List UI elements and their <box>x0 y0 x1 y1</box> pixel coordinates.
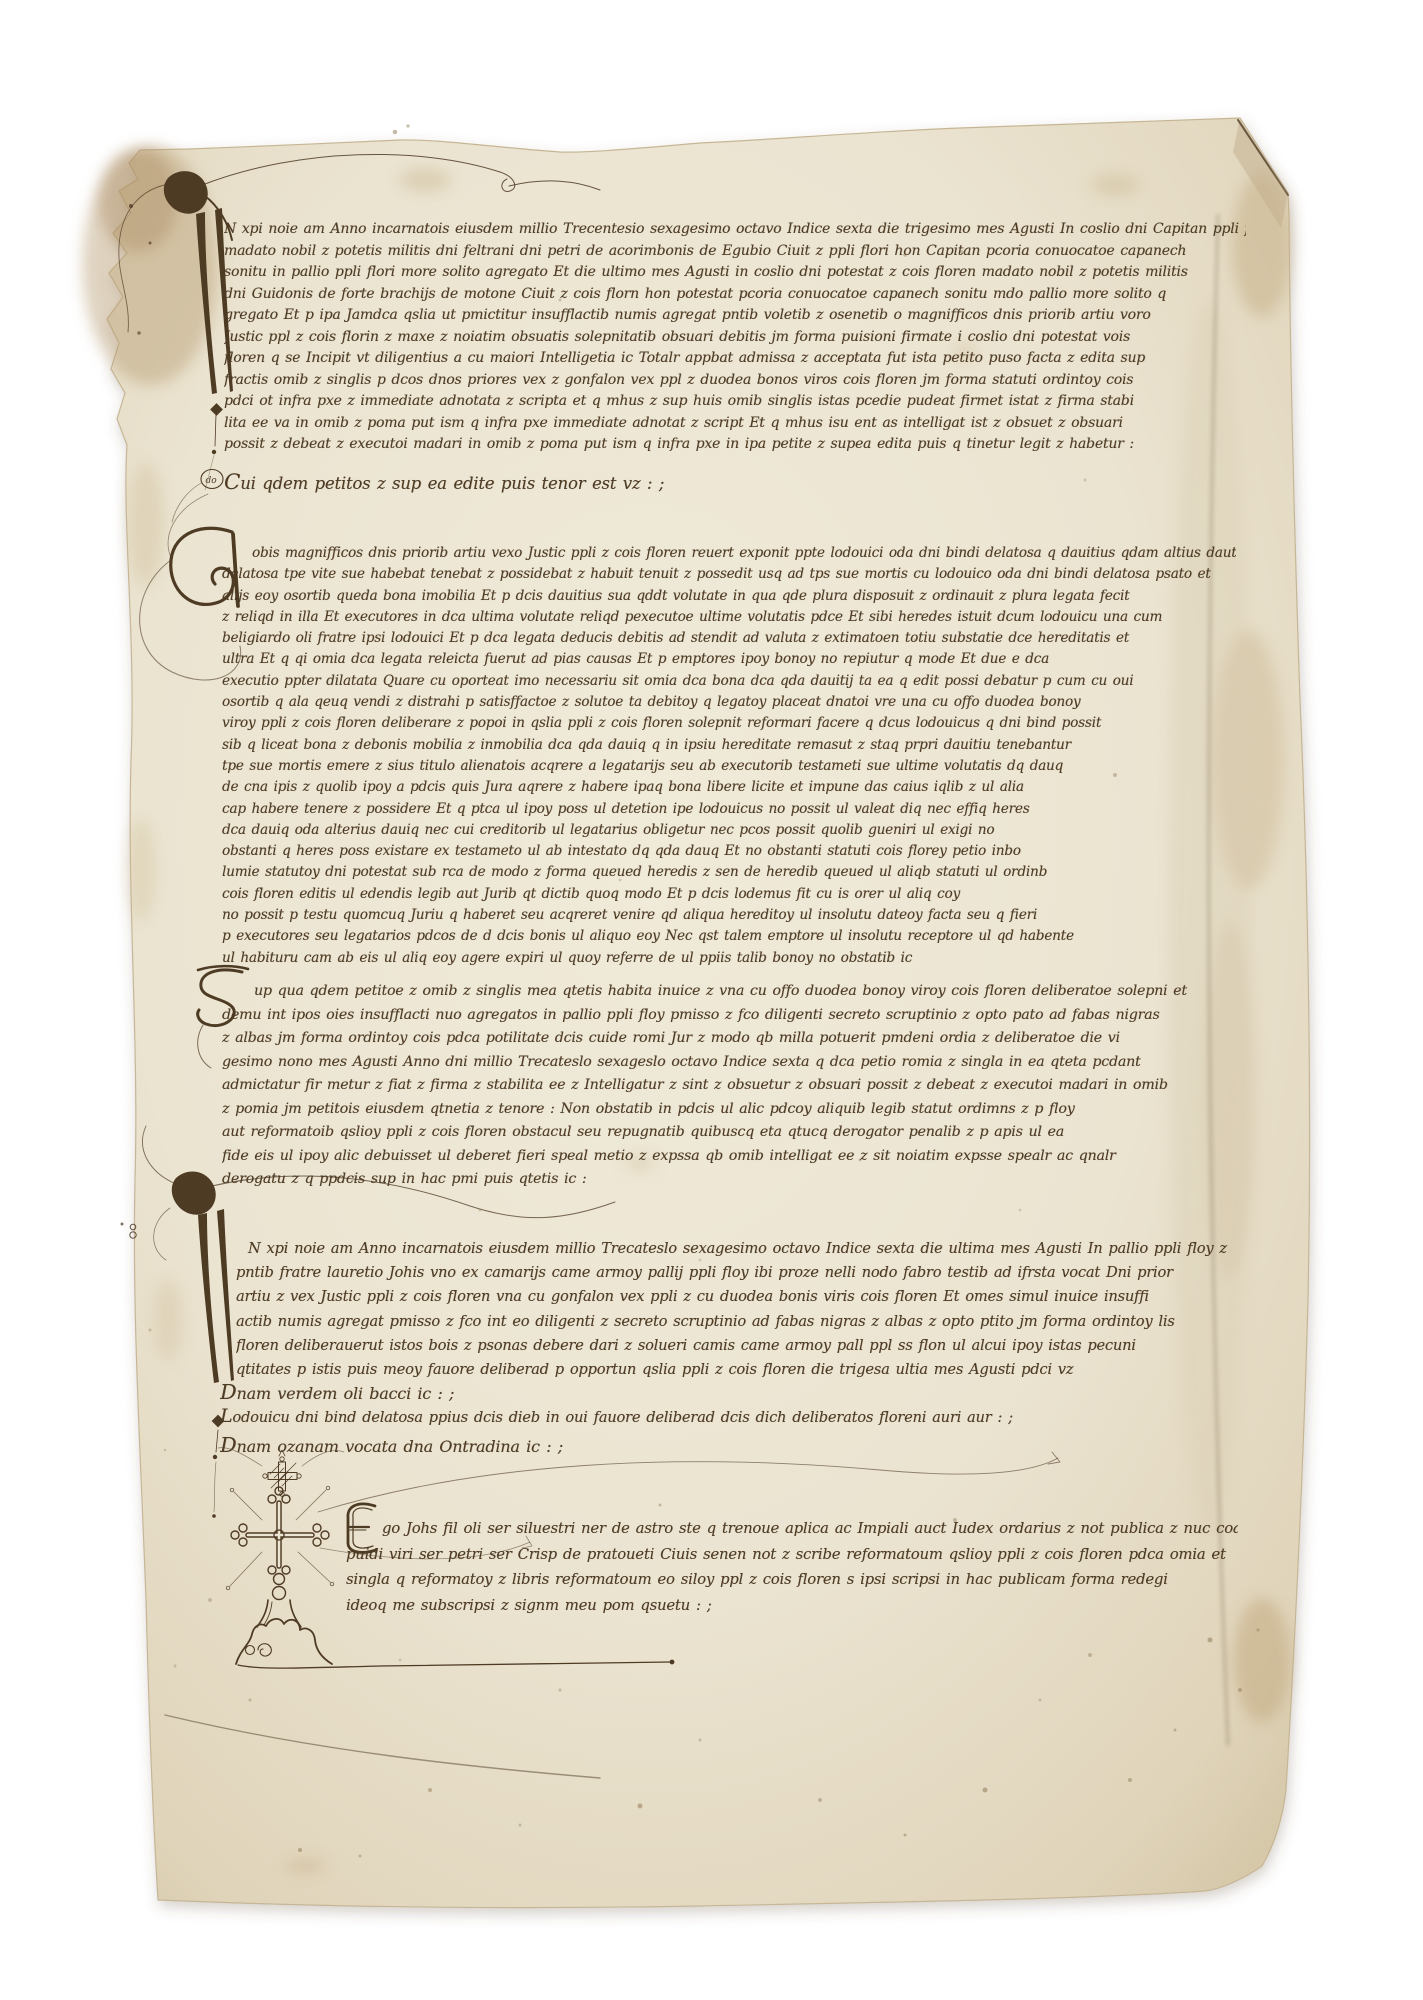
manuscript-text-line: lita ee va in omib z poma put ism q infr… <box>224 413 1246 435</box>
manuscript-text-line: pntib fratre lauretio Johis vno ex camar… <box>236 1261 1238 1285</box>
manuscript-text-line: dni Guidonis de forte brachijs de motone… <box>224 284 1246 306</box>
manuscript-text-line: sib q liceat bona z debonis mobilia z in… <box>222 735 1236 756</box>
manuscript-text-line: gesimo nono mes Agusti Anno dni millio T… <box>222 1051 1238 1075</box>
paragraph-session: N xpi noie am Anno incarnatois eiusdem m… <box>236 1237 1238 1383</box>
manuscript-text-line: madato nobil z potetis militis dni feltr… <box>224 241 1246 263</box>
manuscript-text-line: gregato Et p ipa Jamdca qslia ut pmictit… <box>224 305 1246 327</box>
manuscript-text-line: cap habere tenere z possidere Et q ptca … <box>222 799 1236 820</box>
grant-line-lodovicu: Lodouicu dni bind delatosa ppius dcis di… <box>220 1405 1236 1429</box>
paragraph-notary: go Johs fil oli ser siluestri ner de ast… <box>346 1516 1238 1620</box>
manuscript-text-line: aut reformatoib qslioy ppli z cois flore… <box>222 1121 1238 1145</box>
manuscript-photo: do <box>0 0 1423 2000</box>
manuscript-text-line: delatosa tpe vite sue habebat tenebat z … <box>222 564 1236 585</box>
manuscript-text-line: no possit p testu quomcuq Juriu q habere… <box>222 905 1236 926</box>
manuscript-text-line: de cna ipis z quolib ipoy a pdcis quis J… <box>222 777 1236 798</box>
manuscript-text-line: N xpi noie am Anno incarnatois eiusdem m… <box>236 1237 1238 1261</box>
manuscript-text-line: fractis omib z singlis p dcos dnos prior… <box>224 370 1246 392</box>
manuscript-text-line: dca dauiq oda alterius dauiq nec cui cre… <box>222 820 1236 841</box>
manuscript-text-line: ideoq me subscripsi z signm meu pom qsue… <box>346 1593 1238 1619</box>
manuscript-text-line: Lodouicu dni bind delatosa ppius dcis di… <box>220 1405 1236 1429</box>
manuscript-text-line: possit z debeat z executoi madari in omi… <box>224 434 1246 456</box>
manuscript-text-line: obstanti q heres poss existare ex testam… <box>222 841 1236 862</box>
manuscript-text-line: osortib q ala qeuq vendi z distrahi p sa… <box>222 692 1236 713</box>
manuscript-text-line: beligiardo oli fratre ipsi lodouici Et p… <box>222 628 1236 649</box>
manuscript-text-line: admictatur fir metur z fiat z firma z st… <box>222 1074 1238 1098</box>
manuscript-text-line: puidi viri ser petri ser Crisp de pratou… <box>346 1542 1238 1568</box>
manuscript-text-line: Cui qdem petitos z sup ea edite puis ten… <box>224 471 784 496</box>
manuscript-text-line: ultra Et q qi omia dca legata releicta f… <box>222 649 1236 670</box>
grant-line-monna: Dnam ozanam vocata dna Ontradina ic : ; <box>220 1434 860 1458</box>
manuscript-text-line: up qua qdem petitoe z omib z singlis mea… <box>222 980 1238 1004</box>
manuscript-text-line: go Johs fil oli ser siluestri ner de ast… <box>346 1516 1238 1542</box>
manuscript-text-line: lumie statutoy dni potestat sub rca de m… <box>222 862 1236 883</box>
manuscript-text-line: Justic ppl z cois florin z maxe z noiati… <box>224 327 1246 349</box>
manuscript-text-line: artiu z vex Justic ppli z cois floren vn… <box>236 1285 1238 1309</box>
manuscript-text-line: sonitu in pallio ppli flori more solito … <box>224 262 1246 284</box>
manuscript-text-line: z reliqd in illa Et executores in dca ul… <box>222 607 1236 628</box>
manuscript-text-line: floren q se Incipit vt diligentius a cu … <box>224 348 1246 370</box>
manuscript-text-line: floren deliberauerut istos bois z psonas… <box>236 1334 1238 1358</box>
manuscript-text-line: pdci ot infra pxe z immediate adnotata z… <box>224 391 1246 413</box>
manuscript-text-line: singla q reformatoy z libris reformatoum… <box>346 1567 1238 1593</box>
manuscript-text-line: z pomia jm petitois eiusdem qtnetia z te… <box>222 1098 1238 1122</box>
rubric-do-text: do <box>206 476 218 486</box>
manuscript-text-line: Dnam verdem oli bacci ic : ; <box>220 1381 780 1405</box>
manuscript-text-line: derogatu z q ppdcis sup in hac pmi puis … <box>222 1168 1238 1192</box>
manuscript-text-line: viroy ppli z cois floren deliberare z po… <box>222 713 1236 734</box>
manuscript-text-line: p executores seu legatarios pdcos de d d… <box>222 926 1236 947</box>
manuscript-text-line: qtitates p istis puis meoy fauore delibe… <box>236 1358 1238 1382</box>
paragraph-petition: obis magnifficos dnis priorib artiu vexo… <box>222 543 1236 970</box>
manuscript-text-line: z albas jm forma ordintoy cois pdca poti… <box>222 1027 1238 1051</box>
manuscript-text-line: actib numis agregat pmisso z fco int eo … <box>236 1310 1238 1334</box>
paragraph-invocation: N xpi noie am Anno incarnatois eiusdem m… <box>224 219 1246 456</box>
manuscript-text-line: fide eis ul ipoy alic debuisset ul deber… <box>222 1145 1238 1169</box>
paragraph-rubric: Cui qdem petitos z sup ea edite puis ten… <box>224 471 784 497</box>
manuscript-text-line: cois floren editis ul edendis legib aut … <box>222 884 1236 905</box>
manuscript-text-line: ul habituru cam ab eis ul aliq eoy agere… <box>222 948 1236 969</box>
grant-line-verdem: Dnam verdem oli bacci ic : ; <box>220 1381 780 1405</box>
manuscript-text-line: executio ppter dilatata Quare cu oportea… <box>222 671 1236 692</box>
manuscript-text-line: N xpi noie am Anno incarnatois eiusdem m… <box>224 219 1246 241</box>
manuscript-text-line: obis magnifficos dnis priorib artiu vexo… <box>222 543 1236 564</box>
manuscript-text-line: tpe sue mortis emere z sius titulo alien… <box>222 756 1236 777</box>
manuscript-text-line: Dnam ozanam vocata dna Ontradina ic : ; <box>220 1434 860 1458</box>
manuscript-text-line: alijs eoy osortib queda bona imobilia Et… <box>222 586 1236 607</box>
manuscript-text-line: demu int ipos oies insufflacti nuo agreg… <box>222 1004 1238 1028</box>
paragraph-approval: up qua qdem petitoe z omib z singlis mea… <box>222 980 1238 1192</box>
